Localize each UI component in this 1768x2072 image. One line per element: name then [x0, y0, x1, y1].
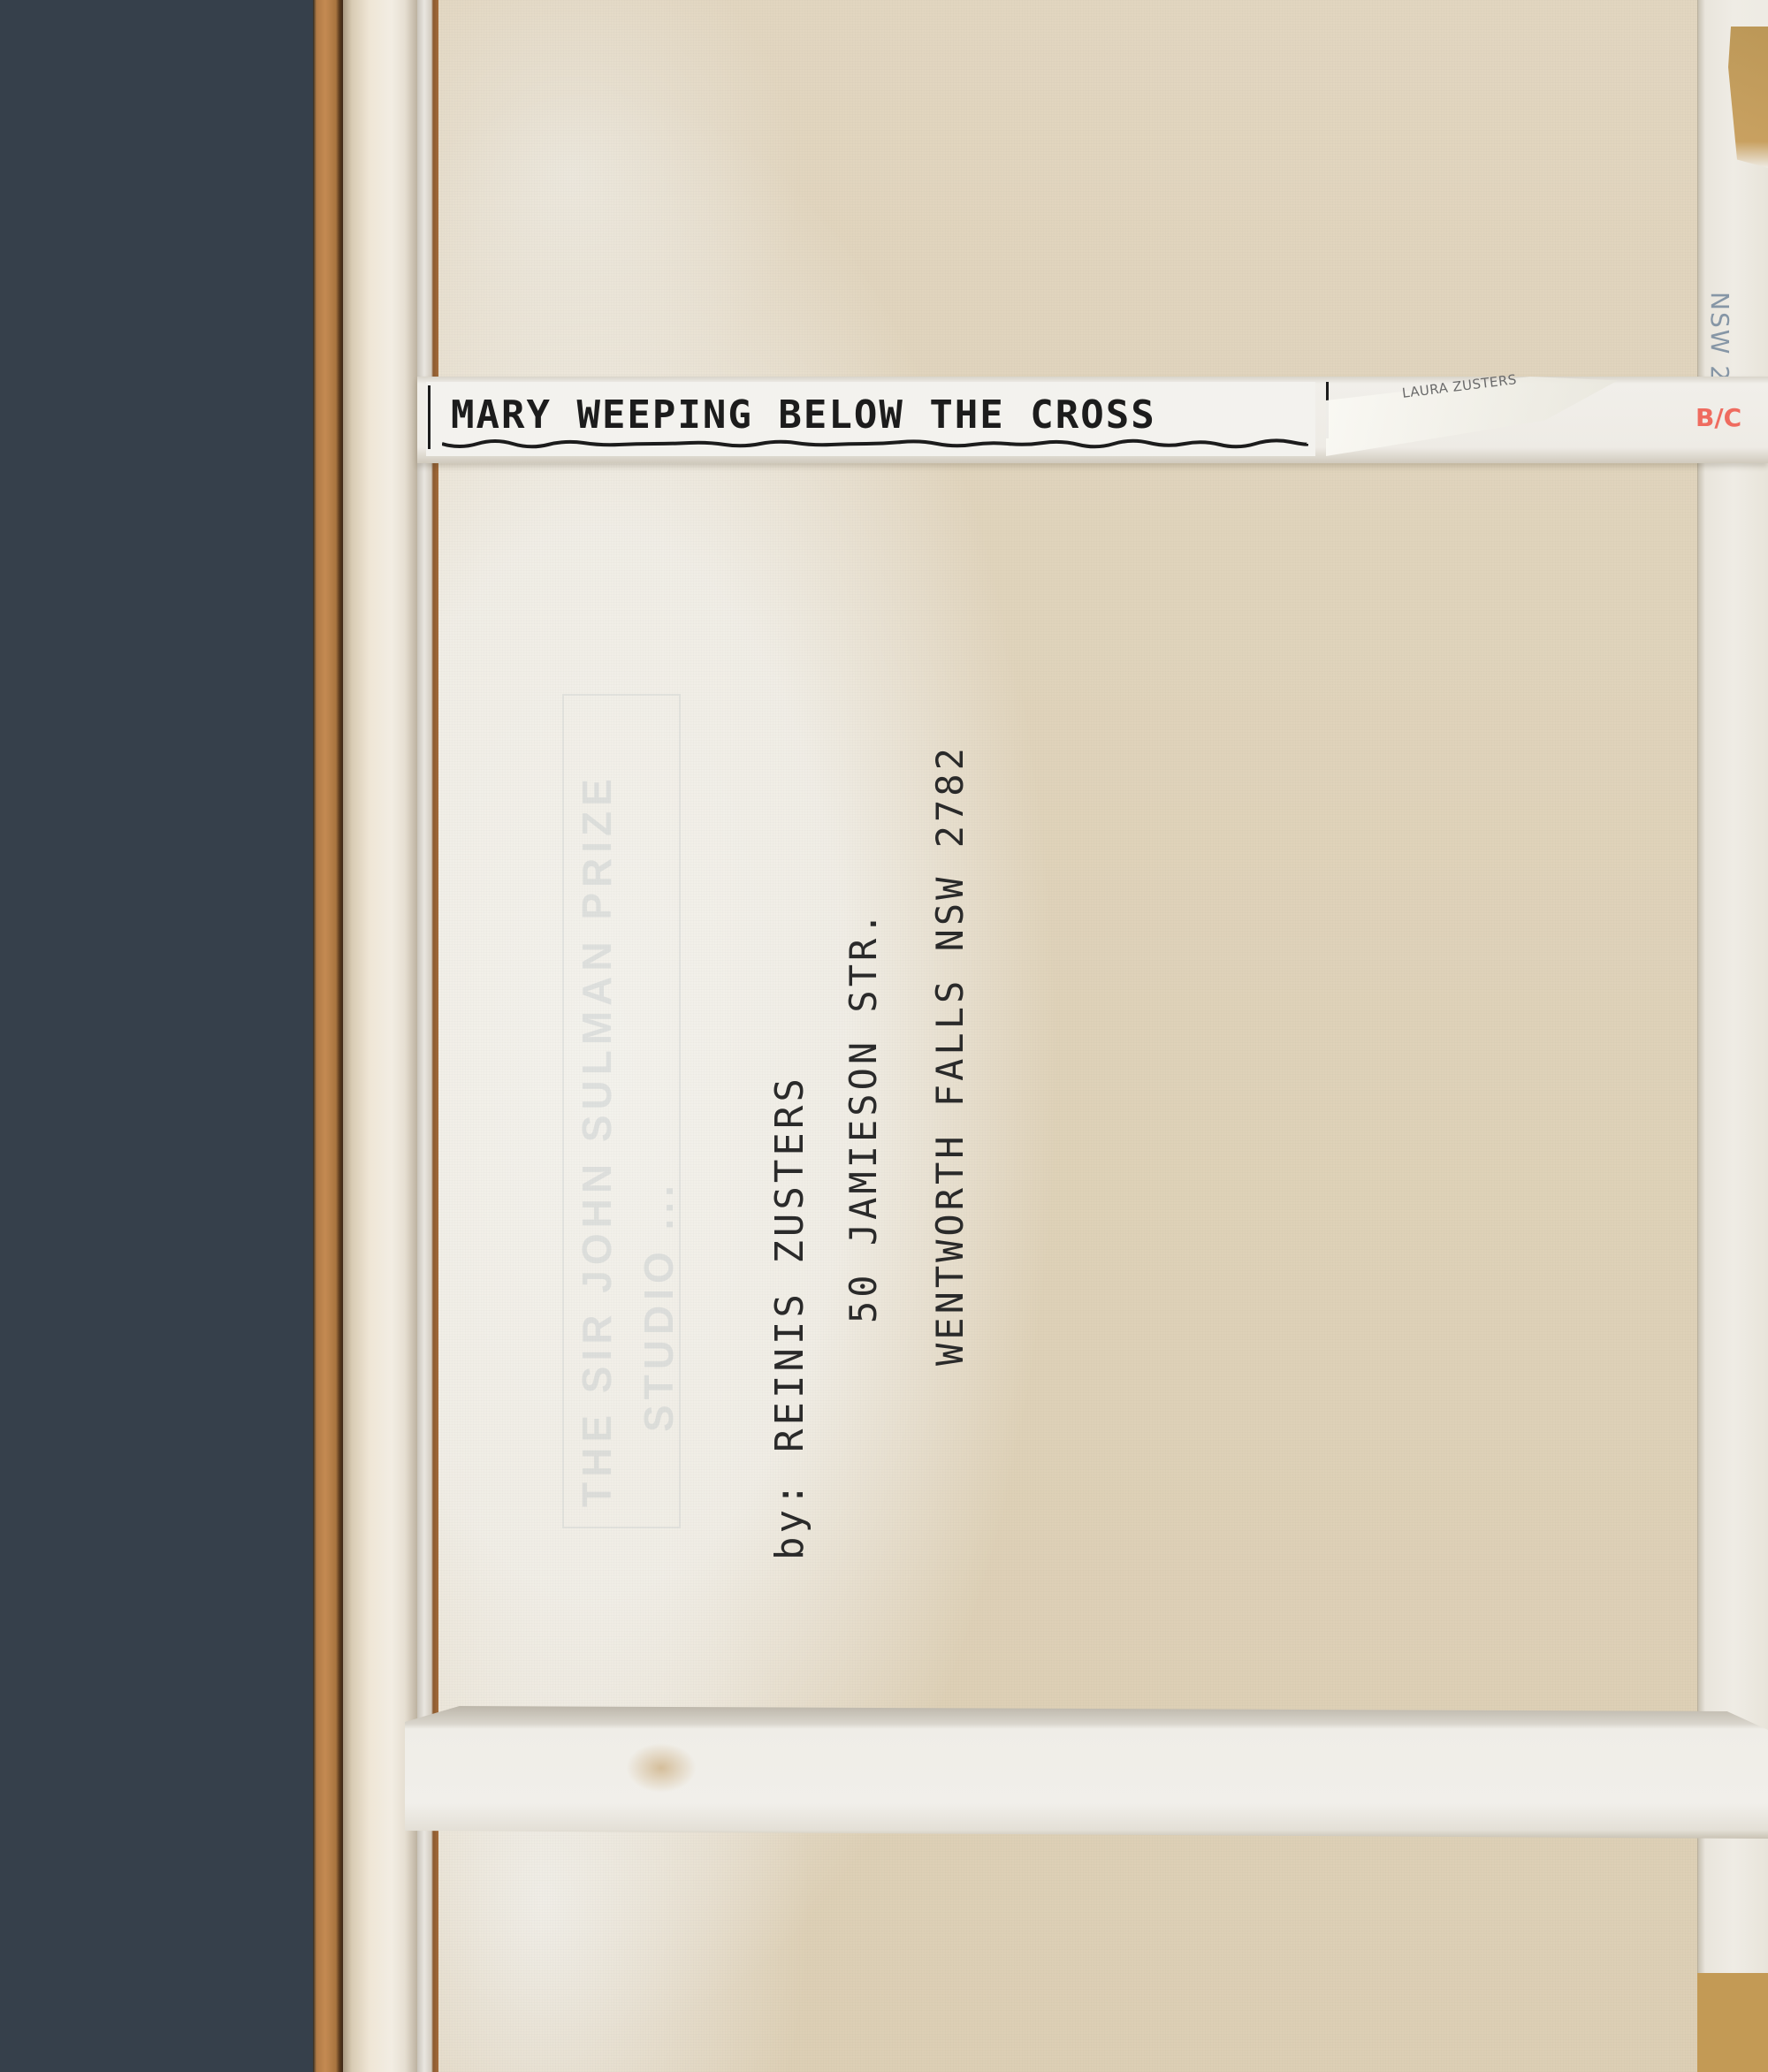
ghost-stencil-line-1: THE SIR JOHN SULMAN PRIZE: [573, 773, 621, 1507]
frame-edge: [313, 0, 343, 2072]
title-wavy-underline: [442, 438, 1308, 449]
backdrop: [0, 0, 313, 2072]
address-artist-name: by: REINIS ZUSTERS: [767, 1075, 812, 1560]
ghost-stencil-line-2: STUDIO ...: [635, 1180, 682, 1432]
title-text: MARY WEEPING BELOW THE CROSS: [451, 392, 1299, 437]
title-bracket-left: [428, 385, 431, 449]
address-street: 50 JAMIESON STR.: [842, 909, 885, 1323]
corner-mark: B/C: [1696, 403, 1741, 432]
crossbar-bottom: [405, 1706, 1768, 1839]
address-town: WENTWORTH FALLS NSW 2782: [928, 744, 972, 1366]
gold-paint-bottom-right: [1697, 1973, 1768, 2072]
bottom-bar-stain: [626, 1743, 697, 1793]
